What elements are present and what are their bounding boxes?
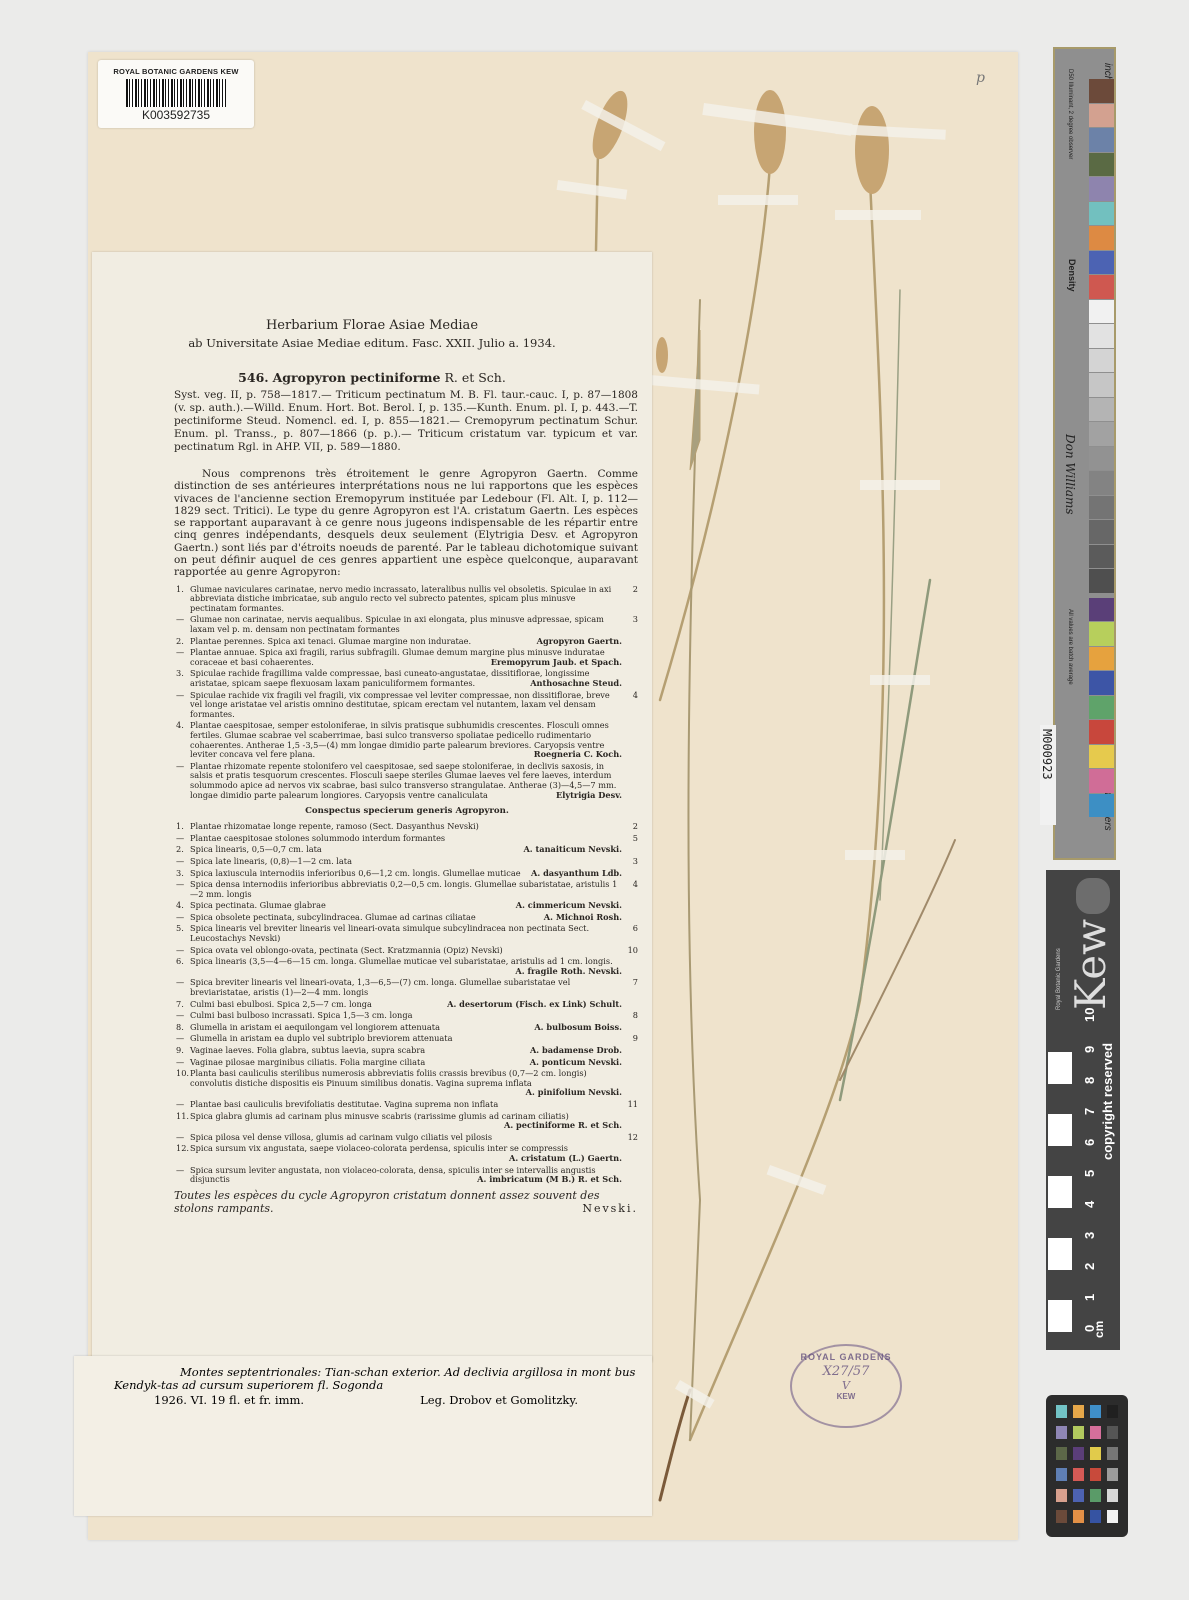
couplet-number: 8. — [176, 1023, 190, 1033]
brand-label: Don Williams — [1063, 434, 1077, 515]
couplet-number: 12. — [176, 1144, 190, 1163]
key-couplet: 6.Spica linearis (3,5—4—6—15 cm. longa. … — [176, 957, 638, 976]
key-couplet: —Spica pilosa vel dense villosa, glumis … — [176, 1133, 638, 1143]
tick-label: 4 — [1082, 1201, 1097, 1208]
color-swatch — [1089, 794, 1114, 818]
tick-label: 7 — [1082, 1108, 1097, 1115]
couplet-number: — — [176, 1034, 190, 1044]
color-patch — [1107, 1405, 1118, 1418]
couplet-ref — [622, 1166, 638, 1185]
chart-code-box: M000923 — [1040, 725, 1056, 825]
color-patch — [1073, 1426, 1084, 1439]
color-patch — [1107, 1489, 1118, 1502]
couplet-text: Spica breviter linearis vel lineari-ovat… — [190, 978, 622, 997]
color-swatch — [1089, 598, 1114, 622]
couplet-text: Spica pectinata. Glumae glabrae A. cimme… — [190, 901, 622, 911]
color-swatch — [1089, 720, 1114, 744]
ruler-segment — [1048, 1177, 1072, 1208]
key-couplet: —Plantae annuae. Spica axi fragili, rari… — [176, 648, 638, 667]
ruler-segment — [1048, 1115, 1072, 1146]
key-couplet: 2.Spica linearis, 0,5—0,7 cm. lata A. ta… — [176, 845, 638, 855]
closing-note-text: Toutes les espèces du cycle Agropyron cr… — [174, 1189, 599, 1215]
couplet-ref: 11 — [622, 1100, 638, 1110]
couplet-number: — — [176, 834, 190, 844]
color-calibration-chart: inches Density D50 Illuminant, 2 degree … — [1053, 47, 1116, 860]
couplet-ref: 3 — [622, 857, 638, 867]
color-swatch — [1089, 349, 1114, 373]
color-swatch — [1089, 275, 1114, 299]
key-couplet: 2.Plantae perennes. Spica axi tenaci. Gl… — [176, 637, 638, 647]
couplet-number: 2. — [176, 845, 190, 855]
key-couplet: 4.Spica pectinata. Glumae glabrae A. cim… — [176, 901, 638, 911]
cm-ruler — [1048, 1022, 1072, 1334]
couplet-ref: 7 — [622, 978, 638, 997]
color-swatch — [1089, 671, 1114, 695]
key-couplet: —Vaginae pilosae marginibus ciliatis. Fo… — [176, 1058, 638, 1068]
color-patch — [1056, 1426, 1067, 1439]
couplet-number: 3. — [176, 669, 190, 688]
color-swatch — [1089, 79, 1114, 103]
couplet-number: — — [176, 1058, 190, 1068]
couplet-ref — [622, 1023, 638, 1033]
kew-logo: Kew — [1066, 919, 1115, 1010]
kew-scale-bar: Kew Royal Botanic Gardens copyright rese… — [1046, 870, 1120, 1350]
synonymy: Syst. veg. II, p. 758—1817.— Triticum pe… — [174, 389, 638, 454]
couplet-number: — — [176, 913, 190, 923]
observer-note: D50 Illuminant, 2 degree observer — [1067, 69, 1073, 159]
couplet-ref: 4 — [622, 691, 638, 720]
color-swatch — [1089, 104, 1114, 128]
couplet-ref: 4 — [622, 880, 638, 899]
color-swatch — [1089, 226, 1114, 250]
chart-code: M000923 — [1040, 729, 1054, 780]
key-couplet: —Spica sursum leviter angustata, non vio… — [176, 1166, 638, 1185]
couplet-number: — — [176, 762, 190, 800]
couplet-ref: 12 — [622, 1133, 638, 1143]
couplet-text: Culmi basi ebulbosi. Spica 2,5—7 cm. lon… — [190, 1000, 622, 1010]
color-swatch — [1089, 177, 1114, 201]
tick-label: 5 — [1082, 1170, 1097, 1177]
color-swatch — [1089, 496, 1114, 520]
couplet-number: — — [176, 1133, 190, 1143]
couplet-ref — [622, 1144, 638, 1163]
couplet-ref — [622, 669, 638, 688]
couplet-text: Vaginae pilosae marginibus ciliatis. Fol… — [190, 1058, 622, 1068]
color-swatch — [1089, 545, 1114, 569]
couplet-text: Spica late linearis, (0,8)—1—2 cm. lata — [190, 857, 622, 867]
key-couplet: 9.Vaginae laeves. Folia glabra, subtus l… — [176, 1046, 638, 1056]
couplet-text: Glumella in aristam ea duplo vel subtrip… — [190, 1034, 622, 1044]
couplet-ref: 2 — [622, 822, 638, 832]
couplet-number: 5. — [176, 924, 190, 943]
couplet-ref — [622, 1058, 638, 1068]
color-swatch — [1089, 447, 1114, 471]
key-couplet: —Spica densa internodiis inferioribus ab… — [176, 880, 638, 899]
stamp-title: ROYAL GARDENS — [792, 1352, 900, 1362]
key-couplet: 4.Plantae caespitosae, semper estolonife… — [176, 721, 638, 759]
ruler-segment — [1048, 1084, 1072, 1115]
herbarium-title: Herbarium Florae Asiae Mediae — [92, 318, 652, 333]
average-note: All values are batch average — [1067, 609, 1073, 685]
color-patch — [1107, 1447, 1118, 1460]
couplet-number: 1. — [176, 822, 190, 832]
couplet-number: 3. — [176, 869, 190, 879]
key-couplet: 1.Glumae naviculares carinatae, nervo me… — [176, 585, 638, 614]
color-patch — [1073, 1489, 1084, 1502]
key-couplet: 11.Spica glabra glumis ad carinam plus m… — [176, 1112, 638, 1131]
note-author: Nevski. — [582, 1202, 638, 1215]
color-patch — [1090, 1447, 1101, 1460]
couplet-ref — [622, 1112, 638, 1131]
couplet-number: 11. — [176, 1112, 190, 1131]
couplet-text: Plantae caespitosae, semper estolonifera… — [190, 721, 622, 759]
color-swatch — [1089, 373, 1114, 397]
couplet-text: Spica linearis, 0,5—0,7 cm. lata A. tana… — [190, 845, 622, 855]
density-label: Density — [1067, 259, 1077, 292]
copyright-note: copyright reserved — [1100, 1043, 1115, 1160]
tick-label: 6 — [1082, 1139, 1097, 1146]
key-couplet: 10.Planta basi cauliculis sterilibus num… — [176, 1069, 638, 1098]
couplet-ref: 2 — [622, 585, 638, 614]
couplet-text: Spica linearis (3,5—4—6—15 cm. longa. Gl… — [190, 957, 622, 976]
couplet-ref — [622, 913, 638, 923]
printed-label: Herbarium Florae Asiae Mediae ab Univers… — [92, 252, 652, 1362]
cm-unit: cm — [1092, 1321, 1106, 1338]
edition-line: ab Universitate Asiae Mediae editum. Fas… — [92, 336, 652, 350]
couplet-number: — — [176, 1100, 190, 1110]
ruler-segment — [1048, 1208, 1072, 1239]
key-couplet: —Plantae caespitosae stolones solummodo … — [176, 834, 638, 844]
species-author: R. et Sch. — [444, 370, 505, 385]
color-patch — [1090, 1510, 1101, 1523]
key-couplet: 3.Spica laxiuscula internodiis inferiori… — [176, 869, 638, 879]
color-patch — [1090, 1489, 1101, 1502]
couplet-text: Spica glabra glumis ad carinam plus minu… — [190, 1112, 622, 1131]
color-swatch — [1089, 202, 1114, 226]
key-couplet: —Spiculae rachide vix fragili vel fragil… — [176, 691, 638, 720]
color-swatch — [1089, 647, 1114, 671]
conspectus-title: Conspectus specierum generis Agropyron. — [162, 806, 652, 816]
collection-date: 1926. VI. 19 fl. et fr. imm. — [154, 1394, 304, 1407]
color-swatch — [1089, 251, 1114, 275]
couplet-number: — — [176, 691, 190, 720]
couplet-number: — — [176, 648, 190, 667]
couplet-number: 6. — [176, 957, 190, 976]
key-couplet: —Spica late linearis, (0,8)—1—2 cm. lata… — [176, 857, 638, 867]
key-couplet: —Spica ovata vel oblongo-ovata, pectinat… — [176, 946, 638, 956]
color-patch — [1056, 1489, 1067, 1502]
color-swatch — [1089, 569, 1114, 593]
color-patch — [1090, 1426, 1101, 1439]
color-swatch — [1089, 520, 1114, 544]
couplet-number: 4. — [176, 901, 190, 911]
genus-key: 1.Glumae naviculares carinatae, nervo me… — [176, 585, 638, 800]
tick-label: 2 — [1082, 1263, 1097, 1270]
couplet-ref — [622, 1069, 638, 1098]
couplet-text: Spica pilosa vel dense villosa, glumis a… — [190, 1133, 622, 1143]
key-couplet: 1.Plantae rhizomatae longe repente, ramo… — [176, 822, 638, 832]
couplet-text: Spiculae rachide fragillima valde compre… — [190, 669, 622, 688]
kew-logo-subtitle: Royal Botanic Gardens — [1056, 948, 1062, 1010]
color-swatch — [1089, 622, 1114, 646]
couplet-number: — — [176, 857, 190, 867]
couplet-text: Spica densa internodiis inferioribus abb… — [190, 880, 622, 899]
color-swatch — [1089, 769, 1114, 793]
couplet-text: Spica ovata vel oblongo-ovata, pectinata… — [190, 946, 622, 956]
key-couplet: —Plantae rhizomate repente stolonifero v… — [176, 762, 638, 800]
key-couplet: 7.Culmi basi ebulbosi. Spica 2,5—7 cm. l… — [176, 1000, 638, 1010]
color-patch — [1073, 1447, 1084, 1460]
couplet-text: Glumae naviculares carinatae, nervo medi… — [190, 585, 622, 614]
couplet-number: — — [176, 978, 190, 997]
couplet-ref — [622, 869, 638, 879]
couplet-ref — [622, 762, 638, 800]
color-patch — [1107, 1426, 1118, 1439]
couplet-ref: 9 — [622, 1034, 638, 1044]
key-couplet: 5.Spica linearis vel breviter linearis v… — [176, 924, 638, 943]
couplet-ref — [622, 957, 638, 976]
collectors: Leg. Drobov et Gomolitzky. — [420, 1394, 578, 1407]
couplet-number: 2. — [176, 637, 190, 647]
couplet-text: Plantae perennes. Spica axi tenaci. Glum… — [190, 637, 622, 647]
locality-text: Montes septentrionales: Tian-schan exter… — [114, 1366, 638, 1392]
couplet-ref — [622, 901, 638, 911]
couplet-ref: 8 — [622, 1011, 638, 1021]
couplet-ref — [622, 1046, 638, 1056]
couplet-text: Glumella in aristam ei aequilongam vel l… — [190, 1023, 622, 1033]
key-couplet: —Culmi basi bulboso incrassati. Spica 1,… — [176, 1011, 638, 1021]
color-patch — [1073, 1405, 1084, 1418]
kew-receipt-stamp: ROYAL GARDENS X27/57 V KEW — [790, 1344, 902, 1428]
couplet-text: Spica laxiuscula internodiis inferioribu… — [190, 869, 622, 879]
couplet-number: 9. — [176, 1046, 190, 1056]
tick-label: 10 — [1082, 1008, 1097, 1022]
couplet-number: 7. — [176, 1000, 190, 1010]
couplet-text: Planta basi cauliculis sterilibus numero… — [190, 1069, 622, 1098]
species-key: 1.Plantae rhizomatae longe repente, ramo… — [176, 822, 638, 1185]
couplet-text: Spica sursum leviter angustata, non viol… — [190, 1166, 622, 1185]
color-patch — [1107, 1510, 1118, 1523]
color-swatch — [1089, 398, 1114, 422]
color-patch — [1090, 1405, 1101, 1418]
barcode-label: ROYAL BOTANIC GARDENS KEW K003592735 — [98, 60, 254, 128]
institution-name: ROYAL BOTANIC GARDENS KEW — [98, 67, 254, 76]
ruler-segment — [1048, 1270, 1072, 1301]
ruler-segment — [1048, 1301, 1072, 1332]
couplet-text: Spica obsolete pectinata, subcylindracea… — [190, 913, 622, 923]
couplet-text: Plantae basi cauliculis brevifoliatis de… — [190, 1100, 622, 1110]
couplet-number: — — [176, 946, 190, 956]
color-patch — [1056, 1405, 1067, 1418]
couplet-ref: 3 — [622, 615, 638, 634]
key-couplet: —Glumae non carinatae, nervis aequalibus… — [176, 615, 638, 634]
color-swatch — [1089, 471, 1114, 495]
stamp-kew: KEW — [792, 1392, 900, 1401]
species-name: Agropyron pectiniforme — [273, 370, 441, 385]
couplet-ref — [622, 845, 638, 855]
tick-label: 9 — [1082, 1046, 1097, 1053]
couplet-text: Spica linearis vel breviter linearis vel… — [190, 924, 622, 943]
couplet-text: Plantae annuae. Spica axi fragili, rariu… — [190, 648, 622, 667]
ruler-segment — [1048, 1022, 1072, 1053]
couplet-number: 10. — [176, 1069, 190, 1098]
locality-label: Montes septentrionales: Tian-schan exter… — [74, 1356, 652, 1516]
couplet-ref: 10 — [622, 946, 638, 956]
key-couplet: —Plantae basi cauliculis brevifoliatis d… — [176, 1100, 638, 1110]
color-patch — [1073, 1510, 1084, 1523]
couplet-number: — — [176, 880, 190, 899]
couplet-ref — [622, 637, 638, 647]
couplet-text: Glumae non carinatae, nervis aequalibus.… — [190, 615, 622, 634]
couplet-number: — — [176, 615, 190, 634]
couplet-text: Spica sursum vix angustata, saepe violac… — [190, 1144, 622, 1163]
corner-annotation: p — [976, 70, 985, 86]
color-swatch — [1089, 128, 1114, 152]
closing-note: Toutes les espèces du cycle Agropyron cr… — [174, 1189, 638, 1215]
tick-label: 8 — [1082, 1077, 1097, 1084]
couplet-ref — [622, 1000, 638, 1010]
couplet-text: Spiculae rachide vix fragili vel fragili… — [190, 691, 622, 720]
barcode-icon — [126, 79, 226, 107]
color-checker-tile — [1046, 1395, 1128, 1537]
key-couplet: 12.Spica sursum vix angustata, saepe vio… — [176, 1144, 638, 1163]
color-swatch — [1089, 422, 1114, 446]
couplet-text: Plantae rhizomatae longe repente, ramoso… — [190, 822, 622, 832]
color-patch — [1056, 1510, 1067, 1523]
couplet-ref — [622, 721, 638, 759]
couplet-ref — [622, 648, 638, 667]
key-couplet: —Spica breviter linearis vel lineari-ova… — [176, 978, 638, 997]
barcode-number: K003592735 — [98, 108, 254, 122]
couplet-number: 4. — [176, 721, 190, 759]
key-couplet: 8.Glumella in aristam ei aequilongam vel… — [176, 1023, 638, 1033]
key-couplet: —Glumella in aristam ea duplo vel subtri… — [176, 1034, 638, 1044]
color-swatch — [1089, 153, 1114, 177]
ruler-segment — [1048, 1053, 1072, 1084]
couplet-text: Vaginae laeves. Folia glabra, subtus lae… — [190, 1046, 622, 1056]
ruler-segment — [1048, 1146, 1072, 1177]
color-swatch — [1089, 696, 1114, 720]
species-heading: 546. Agropyron pectiniforme R. et Sch. — [92, 370, 652, 385]
species-number: 546. — [238, 370, 268, 385]
tick-label: 3 — [1082, 1232, 1097, 1239]
ruler-segment — [1048, 1239, 1072, 1270]
intro-paragraph: Nous comprenons très étroitement le genr… — [174, 468, 638, 579]
couplet-number: — — [176, 1011, 190, 1021]
color-patch — [1056, 1447, 1067, 1460]
couplet-text: Plantae rhizomate repente stolonifero ve… — [190, 762, 622, 800]
stamp-date: X27/57 — [792, 1364, 900, 1379]
color-swatch — [1089, 745, 1114, 769]
couplet-ref: 5 — [622, 834, 638, 844]
color-swatch — [1089, 324, 1114, 348]
key-couplet: —Spica obsolete pectinata, subcylindrace… — [176, 913, 638, 923]
couplet-text: Culmi basi bulboso incrassati. Spica 1,5… — [190, 1011, 622, 1021]
key-couplet: 3.Spiculae rachide fragillima valde comp… — [176, 669, 638, 688]
color-swatch — [1089, 300, 1114, 324]
color-patch — [1090, 1468, 1101, 1481]
tick-label: 1 — [1082, 1294, 1097, 1301]
couplet-number: — — [176, 1166, 190, 1185]
color-patch — [1056, 1468, 1067, 1481]
couplet-number: 1. — [176, 585, 190, 614]
couplet-ref: 6 — [622, 924, 638, 943]
royal-crest-icon — [1076, 878, 1110, 914]
color-patch — [1107, 1468, 1118, 1481]
stamp-mark: V — [792, 1379, 900, 1392]
couplet-text: Plantae caespitosae stolones solummodo i… — [190, 834, 622, 844]
color-patch — [1073, 1468, 1084, 1481]
